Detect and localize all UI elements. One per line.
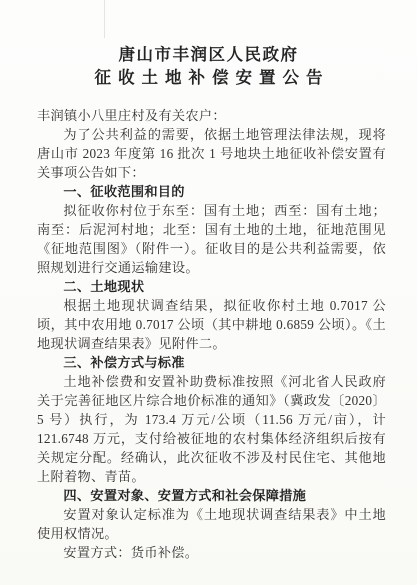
- issuer-title: 唐山市丰润区人民政府: [0, 46, 417, 64]
- section-4-heading: 四、安置对象、安置方式和社会保障措施: [37, 486, 386, 505]
- document-header: 唐山市丰润区人民政府 征收土地补偿安置公告: [0, 46, 417, 87]
- document-body: 丰润镇小八里庄村及有关农户： 为了公共利益的需要，依据土地管理法律法规，现将唐山…: [37, 106, 386, 562]
- intro-paragraph: 为了公共利益的需要，依据土地管理法律法规，现将唐山市 2023 年度第 16 批…: [37, 125, 386, 182]
- section-1-heading: 一、征收范围和目的: [37, 182, 386, 201]
- salutation-line: 丰润镇小八里庄村及有关农户：: [37, 106, 386, 125]
- section-4-paragraph-1: 安置对象认定标准为《土地现状调查结果表》中土地使用权情况。: [37, 505, 386, 543]
- section-1-paragraph: 拟征收你村位于东至：国有土地；西至：国有土地；南至：后泥河村地；北至：国有土地的…: [37, 201, 386, 277]
- scanned-document-page: 唐山市丰润区人民政府 征收土地补偿安置公告 丰润镇小八里庄村及有关农户： 为了公…: [0, 0, 417, 585]
- announcement-title: 征收土地补偿安置公告: [0, 69, 417, 87]
- section-2-heading: 二、土地现状: [37, 277, 386, 296]
- scan-crease-line: [104, 0, 105, 38]
- section-2-paragraph: 根据土地现状调查结果，拟征收你村土地 0.7017 公顷，其中农用地 0.701…: [37, 296, 386, 353]
- section-4-paragraph-2: 安置方式：货币补偿。: [37, 543, 386, 562]
- section-3-heading: 三、补偿方式与标准: [37, 353, 386, 372]
- section-3-paragraph: 土地补偿费和安置补助费标准按照《河北省人民政府关于完善征地区片综合地价标准的通知…: [37, 372, 386, 486]
